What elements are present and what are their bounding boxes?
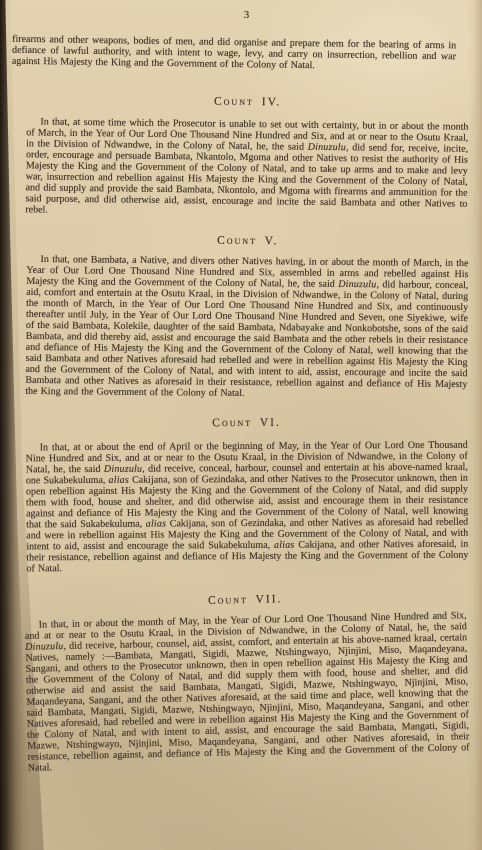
section-count-vi: Count VI. In that, at or about the end o… — [26, 417, 469, 575]
page-content: 3 firearms and other weapons, bodies of … — [0, 0, 482, 850]
section-count-vii: Count VII. In that, in or about the mont… — [24, 590, 470, 774]
count-vi-heading: Count VI. — [26, 417, 468, 431]
continuation-paragraph: firearms and other weapons, bodies of me… — [12, 34, 456, 74]
count-iv-heading: Count IV. — [27, 94, 469, 110]
page-number: 3 — [26, 10, 468, 21]
section-count-v: Count V. In that, one Bambata, a Native,… — [25, 234, 469, 401]
section-count-iv: Count IV. In that, at some time which th… — [25, 94, 468, 220]
scanned-document-page: 3 firearms and other weapons, bodies of … — [0, 0, 482, 850]
count-vii-heading: Count VII. — [24, 590, 466, 611]
count-vi-paragraph: In that, at or about the end of April or… — [26, 440, 469, 575]
count-v-paragraph: In that, one Bambata, a Native, and dive… — [25, 254, 468, 401]
count-vii-paragraph: In that, in or about the month of May, i… — [25, 610, 470, 774]
count-iv-paragraph: In that, at some time which the Prosecut… — [25, 116, 468, 220]
count-v-heading: Count V. — [27, 234, 469, 249]
